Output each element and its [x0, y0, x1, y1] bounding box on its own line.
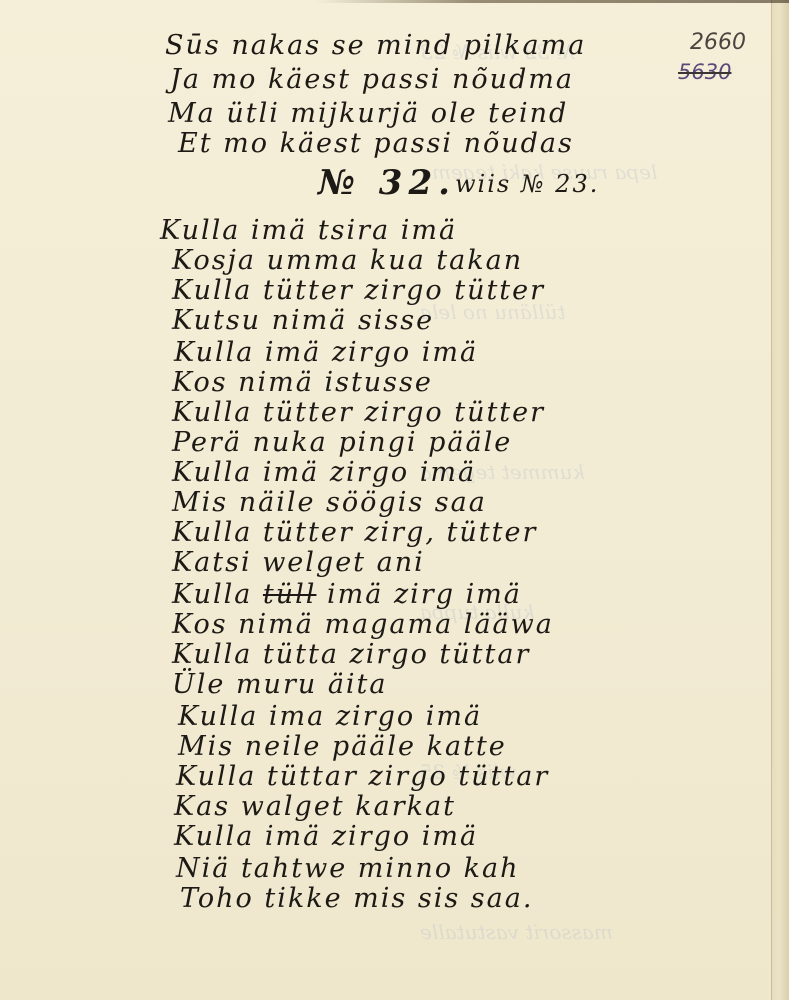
- song-line: Kulla tütter zirgo tütter: [172, 275, 545, 306]
- binding-shadow: [0, 0, 789, 3]
- song-line: Kulla ima zirgo imä: [178, 701, 482, 732]
- song-line: Kulla tütter zirgo tütter: [172, 397, 545, 428]
- song-line: Kutsu nimä sisse: [172, 305, 434, 336]
- melody-reference: wiis № 23.: [455, 170, 599, 198]
- song-line: Üle muru äita: [172, 669, 388, 700]
- song-line: Katsi welget ani: [172, 547, 425, 578]
- song-line: Kulla imä zirgo imä: [174, 337, 478, 368]
- page-edge: [771, 0, 789, 1000]
- song-line: Toho tikke mis sis saa.: [180, 883, 533, 914]
- song-line: Kulla imä tsira imä: [160, 215, 457, 246]
- song-line: Mis neile pääle katte: [178, 731, 507, 762]
- song-line: Perä nuka pingi pääle: [172, 427, 512, 458]
- song-line: Niä tahtwe minno kah: [176, 853, 520, 884]
- song-line: Kosja umma kua takan: [172, 245, 523, 276]
- song-line: Kulla tütta zirgo tüttar: [172, 639, 530, 670]
- song-line: Kulla tüttar zirgo tüttar: [176, 761, 549, 792]
- song-line: Kos nimä magama lääwa: [172, 609, 554, 640]
- verse-line: Ja mo käest passi nõudma: [170, 64, 574, 95]
- catalog-number-current: 2660: [690, 30, 746, 55]
- song-line: Kas walget karkat: [174, 791, 456, 822]
- song-line: Mis näile söögis saa: [172, 487, 487, 518]
- song-number-heading: № 32.: [318, 163, 456, 203]
- song-line-with-strikethrough: Kulla tüll imä zirg imä: [172, 579, 522, 610]
- verse-line: Ma ütli mijkurjä ole teind: [168, 98, 568, 129]
- verse-line: Sūs nakas se mind pilkama: [165, 30, 586, 61]
- song-line: Kulla imä zirgo imä: [174, 821, 478, 852]
- song-line: Kos nimä istusse: [172, 367, 433, 398]
- manuscript-page: № 32 wiis № 23 lepa ruuse kaki tegema tü…: [0, 0, 773, 1000]
- song-line: Kulla tütter zirg, tütter: [172, 517, 537, 548]
- bleed-line: massorit vastutalle: [420, 920, 613, 944]
- verse-line: Et mo käest passi nõudas: [178, 128, 574, 159]
- struck-word: tüll: [263, 579, 317, 610]
- catalog-number-struck: 5630: [678, 60, 731, 84]
- song-line: Kulla imä zirgo imä: [172, 457, 476, 488]
